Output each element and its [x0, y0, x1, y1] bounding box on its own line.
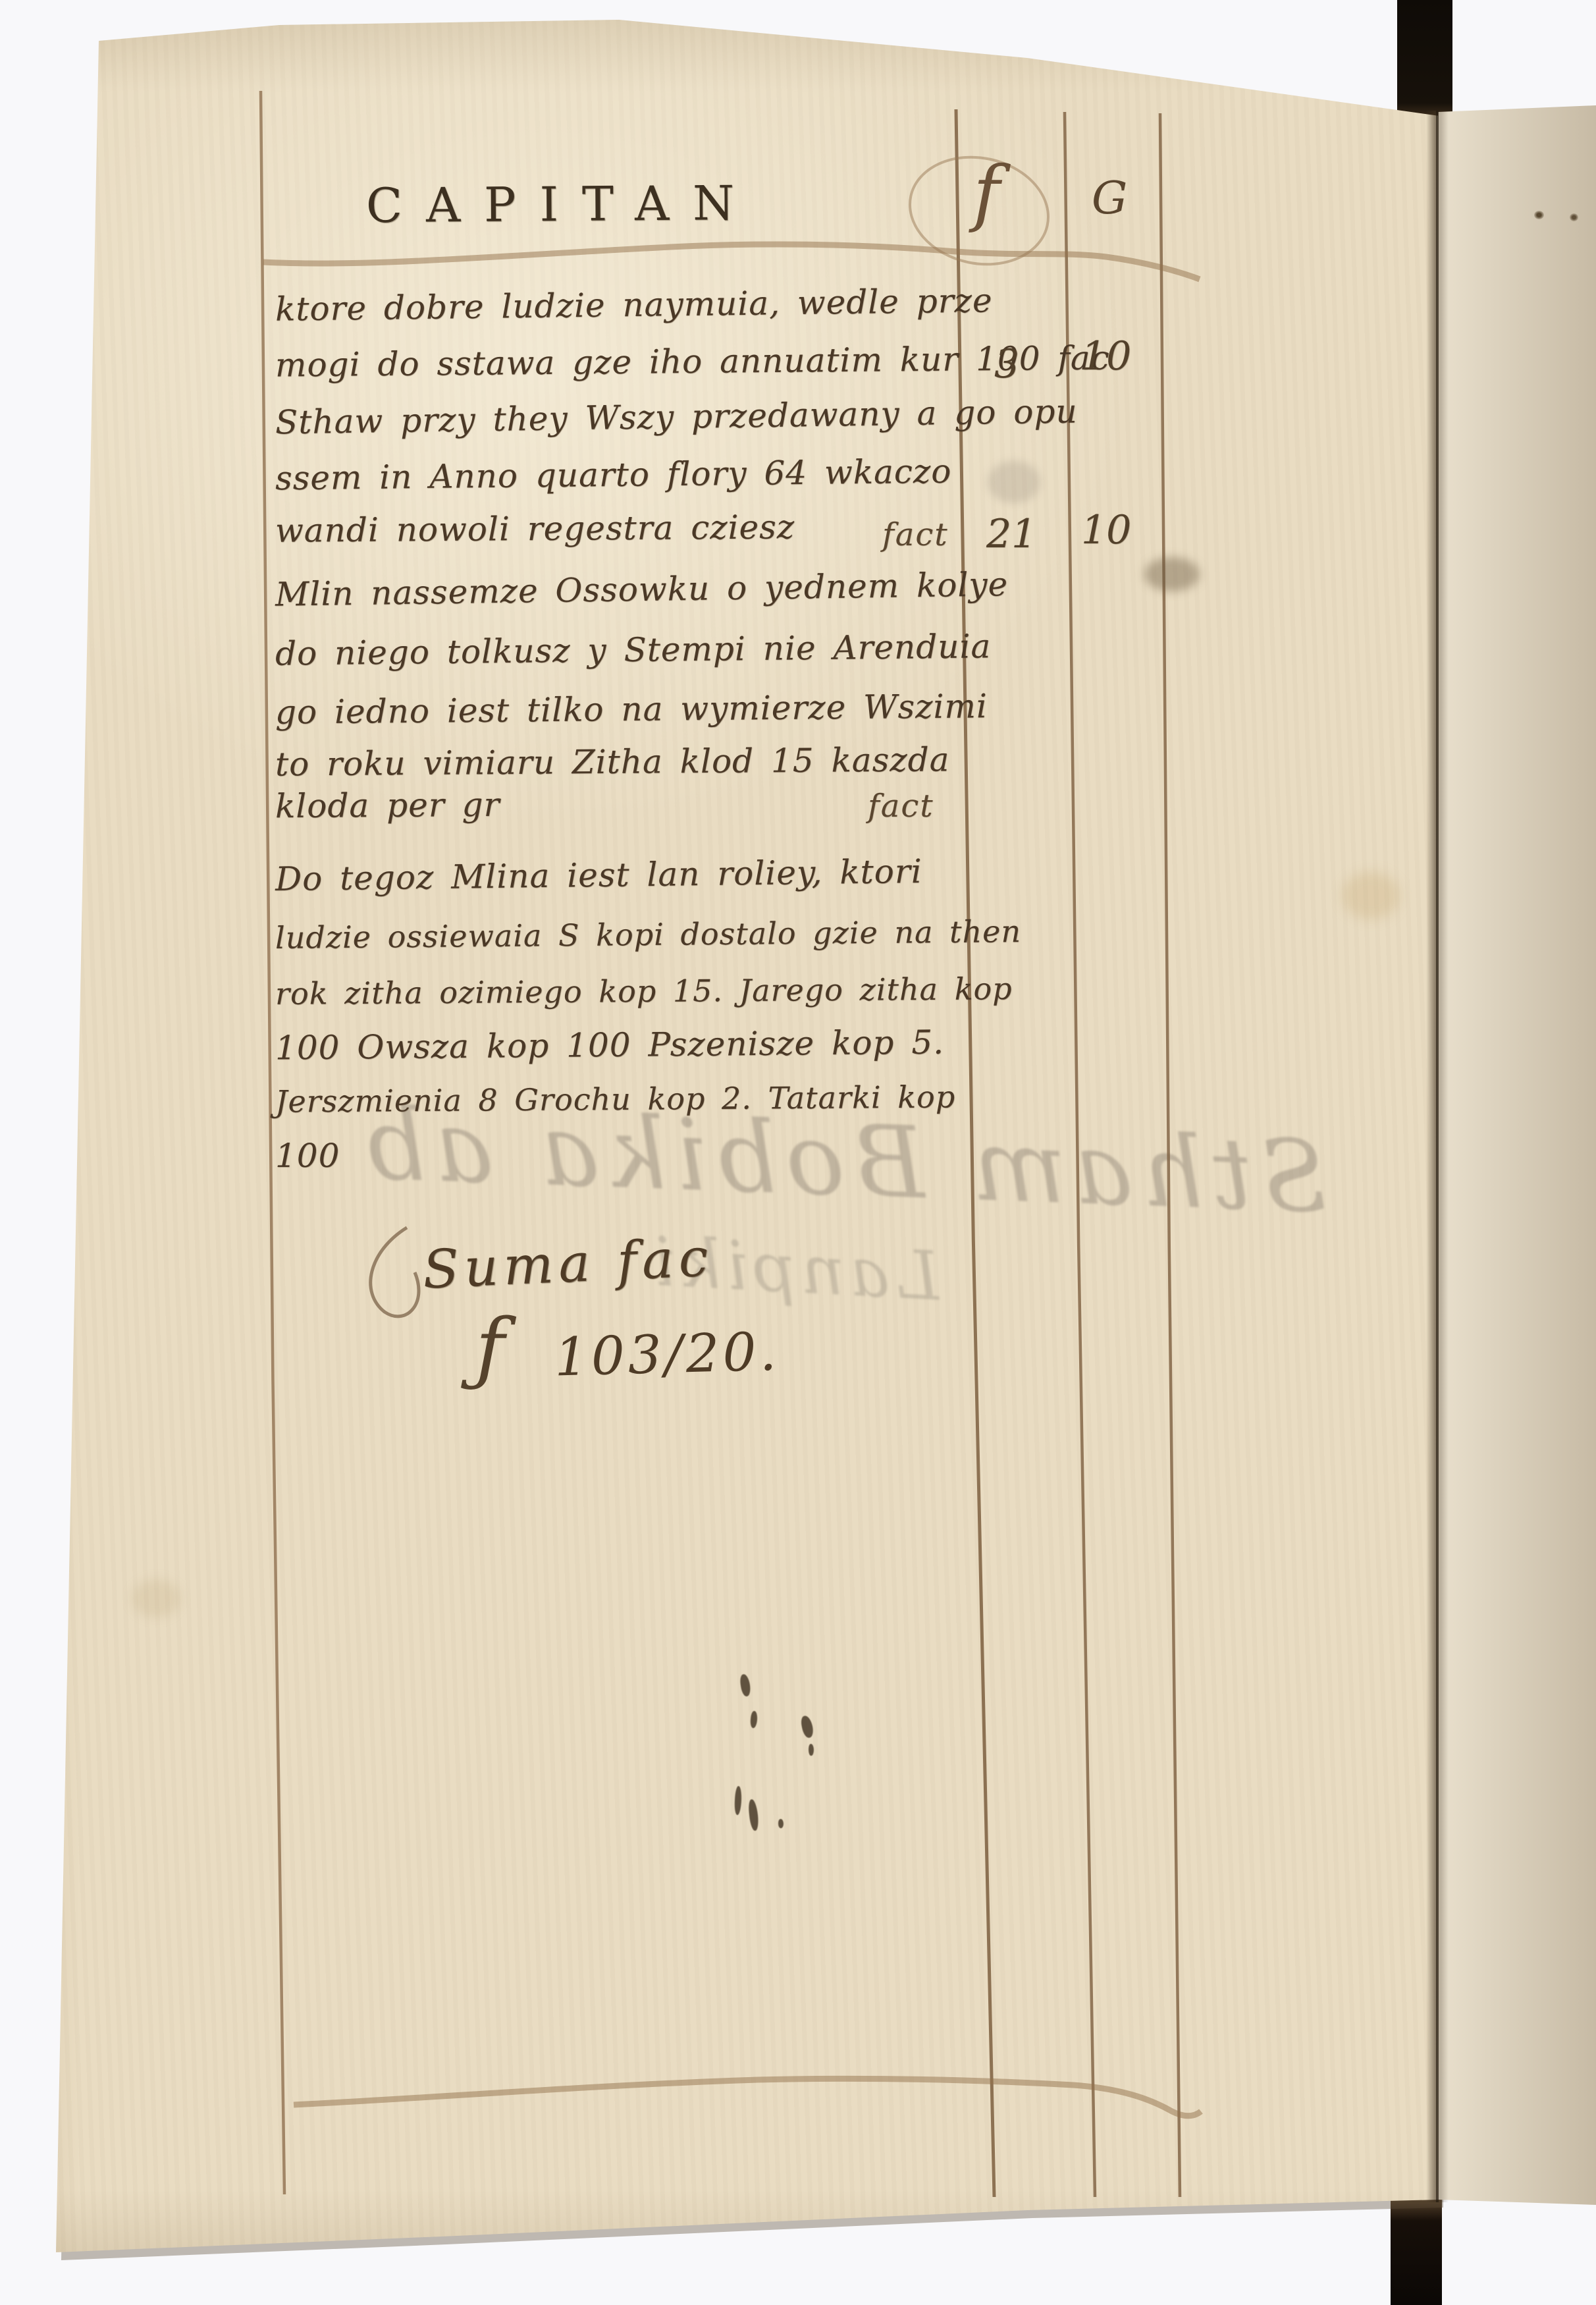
- entry-line: kloda per gr: [275, 786, 500, 825]
- value-florins: 3: [994, 341, 1019, 387]
- facit-label: fact: [882, 516, 949, 553]
- bookmark-ribbon-top: [1397, 0, 1452, 121]
- entry-line: 100: [275, 1137, 340, 1175]
- entry-line: ktore dobre ludzie naymuia, wedle prze: [275, 281, 993, 328]
- binding-crease: [1426, 111, 1449, 2202]
- scanned-manuscript-page: Stham Bobika ab Lanpiki CAPITAN f G ktor…: [0, 0, 1596, 2305]
- entry-line: wandi nowoli regestra cziesz: [275, 508, 795, 550]
- manuscript-page: Stham Bobika ab Lanpiki CAPITAN f G ktor…: [0, 0, 1596, 2305]
- entry-line: ludzie ossiewaia S kopi dostalo gzie na …: [275, 913, 1021, 956]
- ink-smudge: [1144, 557, 1200, 591]
- entry-line: 100 Owsza kop 100 Pszenisze kop 5.: [275, 1023, 944, 1068]
- value-groszy: 10: [1081, 507, 1131, 553]
- summa-currency-sign: ƒ: [475, 1303, 504, 1394]
- ink-speck: [734, 1786, 742, 1815]
- entry-line: rok zitha ozimiego kop 15. Jarego zitha …: [275, 971, 1013, 1012]
- wormhole: [1534, 211, 1544, 219]
- bookmark-ribbon-bottom: [1391, 2197, 1442, 2305]
- paper-stain: [132, 1579, 180, 1617]
- entry-line: Mlin nassemze Ossowku o yednem kolye: [275, 565, 1009, 614]
- ink-speck: [739, 1673, 752, 1697]
- ink-speck: [778, 1819, 784, 1828]
- ink-speck: [809, 1744, 814, 1756]
- summa-amount: 103/20.: [554, 1321, 780, 1388]
- value-florins: 21: [986, 511, 1036, 557]
- entry-line: ssem in Anno quarto flory 64 wkaczo: [275, 452, 952, 498]
- bleed-mark: [988, 461, 1040, 503]
- entry-line: Do tegoz Mlina iest lan roliey, ktori: [275, 852, 922, 898]
- paper-stain: [1342, 872, 1400, 919]
- ink-speck: [748, 1799, 760, 1831]
- value-groszy: 10: [1081, 333, 1131, 379]
- facit-label: fact: [868, 788, 934, 825]
- entry-line: mogi do sstawa gze iho annuatim kur 100 …: [275, 339, 1110, 384]
- page-title: CAPITAN: [366, 175, 758, 233]
- summa-flourish: [371, 1228, 419, 1316]
- entry-line: to roku vimiaru Zitha klod 15 kaszda: [275, 740, 950, 783]
- entry-line: do niego tolkusz y Stempi nie Arenduia: [275, 627, 992, 672]
- wormhole: [1570, 213, 1578, 221]
- entry-line: Jerszmienia 8 Grochu kop 2. Tatarki kop: [275, 1079, 956, 1119]
- column-header-florins: f: [973, 150, 1000, 234]
- entry-line: Sthaw przy they Wszy przedawany a go opu: [275, 392, 1078, 441]
- column-header-groszy: G: [1092, 173, 1127, 225]
- entry-line: go iedno iest tilko na wymierze Wszimi: [275, 687, 988, 731]
- ink-speck: [750, 1711, 758, 1729]
- summa-label: Suma fac: [421, 1226, 714, 1300]
- ink-speck: [800, 1715, 815, 1739]
